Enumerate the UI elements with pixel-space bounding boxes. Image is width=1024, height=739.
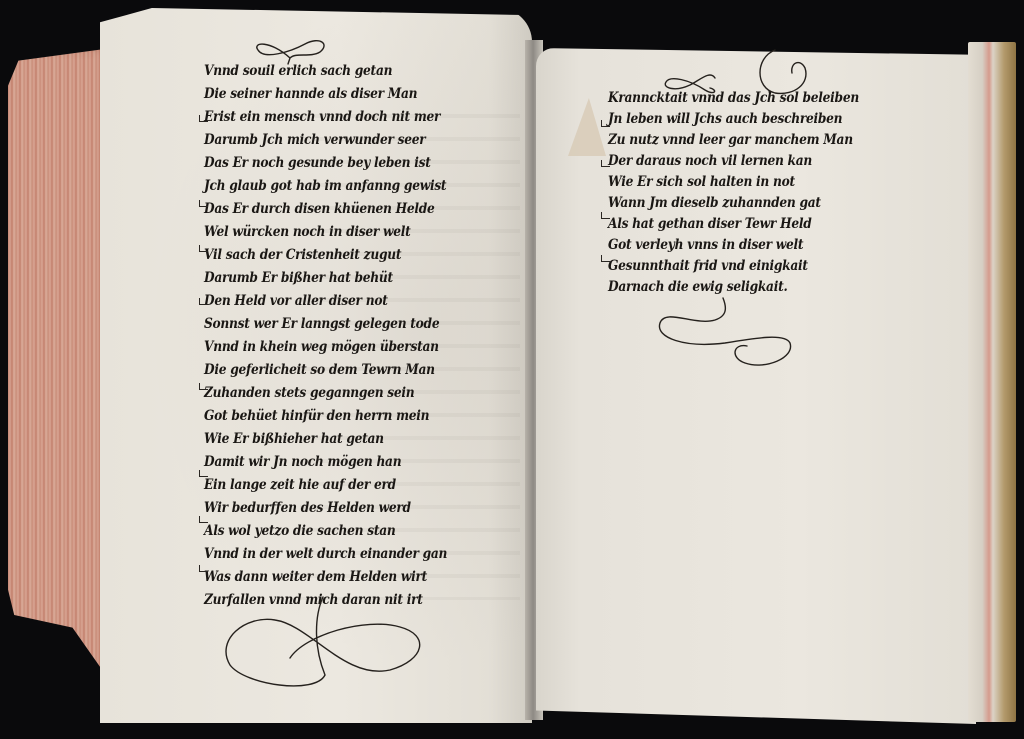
verse-line: Vnnd in khein weg mögen überstan	[204, 339, 439, 355]
margin-mark-icon	[199, 470, 208, 477]
margin-mark-icon	[199, 383, 208, 390]
margin-mark-icon	[199, 245, 208, 252]
right-fore-edge	[968, 42, 1016, 722]
verse-line: Das Er durch disen khüenen Helde	[204, 201, 435, 217]
verse-line: Wann Jm dieselb zuhannden gat	[608, 195, 821, 211]
verse-line: Zu nutz vnnd leer gar manchem Man	[608, 132, 853, 148]
verse-line: Die seiner hannde als diser Man	[204, 86, 417, 102]
verse-line: Ein lange zeit hie auf der erd	[204, 477, 396, 493]
verse-line: Vnnd in der welt durch einander gan	[204, 546, 447, 562]
margin-mark-icon	[601, 255, 610, 262]
verse-line: Wie Er bißhieher hat getan	[204, 431, 384, 447]
margin-mark-icon	[199, 516, 208, 523]
verse-line: Die geferlicheit so dem Tewrn Man	[204, 362, 435, 378]
verse-line: Zuhanden stets geganngen sein	[204, 385, 414, 401]
verse-line: Das Er noch gesunde bey leben ist	[204, 155, 431, 171]
margin-mark-icon	[199, 115, 208, 122]
verse-line: Wie Er sich sol halten in not	[608, 174, 795, 190]
bottom-flourish-right-icon	[655, 298, 795, 378]
verse-line: Darumb Jch mich verwunder seer	[204, 132, 425, 148]
verse-line: Vil sach der Cristenheit zugut	[204, 247, 401, 263]
verse-line: Jch glaub got hab im anfanng gewist	[204, 178, 446, 194]
margin-mark-icon	[601, 160, 610, 167]
verse-line: Der daraus noch vil lernen kan	[608, 153, 812, 169]
verse-line: Erist ein mensch vnnd doch nit mer	[204, 109, 440, 125]
verse-line: Vnnd souil erlich sach getan	[204, 63, 392, 79]
verse-line: Jn leben will Jchs auch beschreiben	[608, 111, 842, 127]
margin-mark-icon	[601, 212, 610, 219]
book-photograph: Vnnd souil erlich sach getan Die seiner …	[0, 0, 1024, 739]
verse-line: Als hat gethan diser Tewr Held	[608, 216, 812, 232]
bottom-flourish-left-icon	[215, 595, 425, 695]
verse-line: Gesunnthait frid vnd einigkait	[608, 258, 808, 274]
left-fore-edge-red-stained	[8, 48, 112, 678]
verse-line: Was dann weiter dem Helden wirt	[204, 569, 427, 585]
verse-line: Den Held vor aller diser not	[204, 293, 388, 309]
verse-line: Wel würcken noch in diser welt	[204, 224, 411, 240]
verse-line: Darnach die ewig seligkait.	[608, 279, 787, 295]
verse-line: Damit wir Jn noch mögen han	[204, 454, 401, 470]
verse-line: Wir bedurffen des Helden werd	[204, 500, 411, 516]
margin-mark-icon	[199, 565, 208, 572]
verse-line: Als wol yetzo die sachen stan	[204, 523, 395, 539]
verse-line: Darumb Er bißher hat behüt	[204, 270, 393, 286]
margin-mark-icon	[199, 298, 208, 305]
left-page-verse: Vnnd souil erlich sach getan Die seiner …	[204, 63, 524, 623]
verse-line: Sonnst wer Er lanngst gelegen tode	[204, 316, 439, 332]
margin-mark-icon	[601, 120, 610, 127]
right-page-verse: Kranncktait vnnd das Jch sol beleiben Jn…	[608, 90, 908, 310]
margin-mark-icon	[199, 200, 208, 207]
verse-line: Kranncktait vnnd das Jch sol beleiben	[608, 90, 859, 106]
verse-line: Got verleyh vnns in diser welt	[608, 237, 803, 253]
verse-line: Got behüet hinfür den herrn mein	[204, 408, 429, 424]
